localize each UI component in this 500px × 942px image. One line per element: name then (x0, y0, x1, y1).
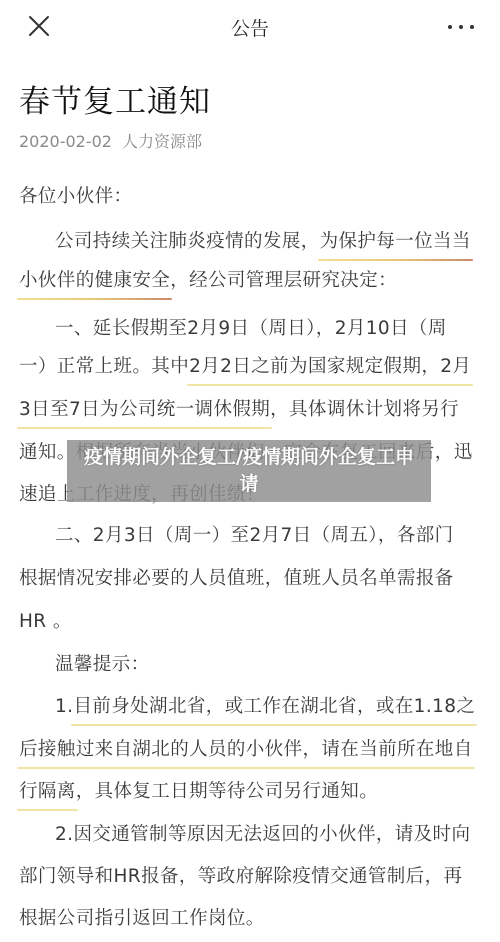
more-icon (448, 25, 452, 29)
more-icon-dot (459, 25, 463, 29)
article-date: 2020-02-02 (19, 132, 112, 151)
highlighted-text: 后接触过来自湖北的人员的小伙伴，请在当前所在地自 (19, 739, 473, 760)
article-department: 人力资源部 (122, 132, 202, 151)
paragraph-line: 3日至7日为公司统一调休假期，具体调休计划将另行 (19, 395, 459, 421)
text-span: ，经公司管理层研究决定： (170, 270, 397, 291)
paragraph-line: 1.目前身处湖北省，或工作在湖北省，或在1.18之 (19, 692, 475, 718)
caption-text: 疫情期间外企复工/疫情期间外企复工申请 (84, 444, 414, 498)
caption-overlay: 疫情期间外企复工/疫情期间外企复工申请 (67, 440, 431, 502)
more-icon-dot (470, 25, 474, 29)
more-button[interactable] (448, 22, 474, 32)
paragraph-line: 一）正常上班。其中2月2日之前为国家规定假期，2月 (19, 352, 471, 378)
text-span: 一）正常上班。其中 (19, 356, 189, 377)
paragraph-line: 二、2月3日（周一）至2月7日（周五），各部门 (19, 521, 454, 547)
highlighted-text: 3日至7日为公司统一调休假期 (19, 399, 270, 420)
paragraph-line: 部门领导和HR报备，等政府解除疫情交通管制后，再 (19, 862, 462, 888)
highlighted-text: 2月2日之前为国家规定假期，2月 (189, 356, 471, 377)
highlighted-text: 行隔离 (19, 781, 76, 802)
text-span: 公司持续关注肺炎疫情的发展， (55, 231, 320, 252)
highlighted-text: 小伙伴的健康安全 (19, 270, 170, 291)
highlighted-text: 目前身处湖北省，或工作在湖北省，或在1.18之 (73, 696, 475, 717)
article-meta: 2020-02-02人力资源部 (19, 129, 202, 152)
paragraph-line: 后接触过来自湖北的人员的小伙伴，请在当前所在地自 (19, 735, 473, 761)
text-span: ，具体复工日期等待公司另行通知。 (76, 781, 378, 802)
paragraph-line: 根据公司指引返回工作岗位。 (19, 904, 265, 930)
highlighted-text: 为保护每一位当当 (320, 231, 471, 252)
paragraph-line: 一、延长假期至2月9日（周日），2月10日（周 (19, 314, 447, 340)
paragraph-line: 公司持续关注肺炎疫情的发展，为保护每一位当当 (19, 227, 471, 253)
greeting: 各位小伙伴： (19, 182, 132, 208)
text-span: ，具体调休计划将另行 (270, 399, 459, 420)
paragraph-line: 2.因交通管制等原因无法返回的小伙伴，请及时向 (19, 820, 470, 846)
paragraph-line: 小伙伴的健康安全，经公司管理层研究决定： (19, 266, 397, 292)
paragraph-line: 根据情况安排必要的人员值班，值班人员名单需报备 (19, 564, 454, 590)
article-title: 春节复工通知 (19, 76, 211, 121)
top-bar: 公告 (0, 0, 500, 56)
page-title: 公告 (0, 14, 500, 41)
paragraph-line: HR 。 (19, 607, 72, 633)
paragraph-line: 行隔离，具体复工日期等待公司另行通知。 (19, 777, 378, 803)
tips-heading: 温馨提示： (19, 650, 150, 676)
text-span: 1. (55, 696, 73, 717)
